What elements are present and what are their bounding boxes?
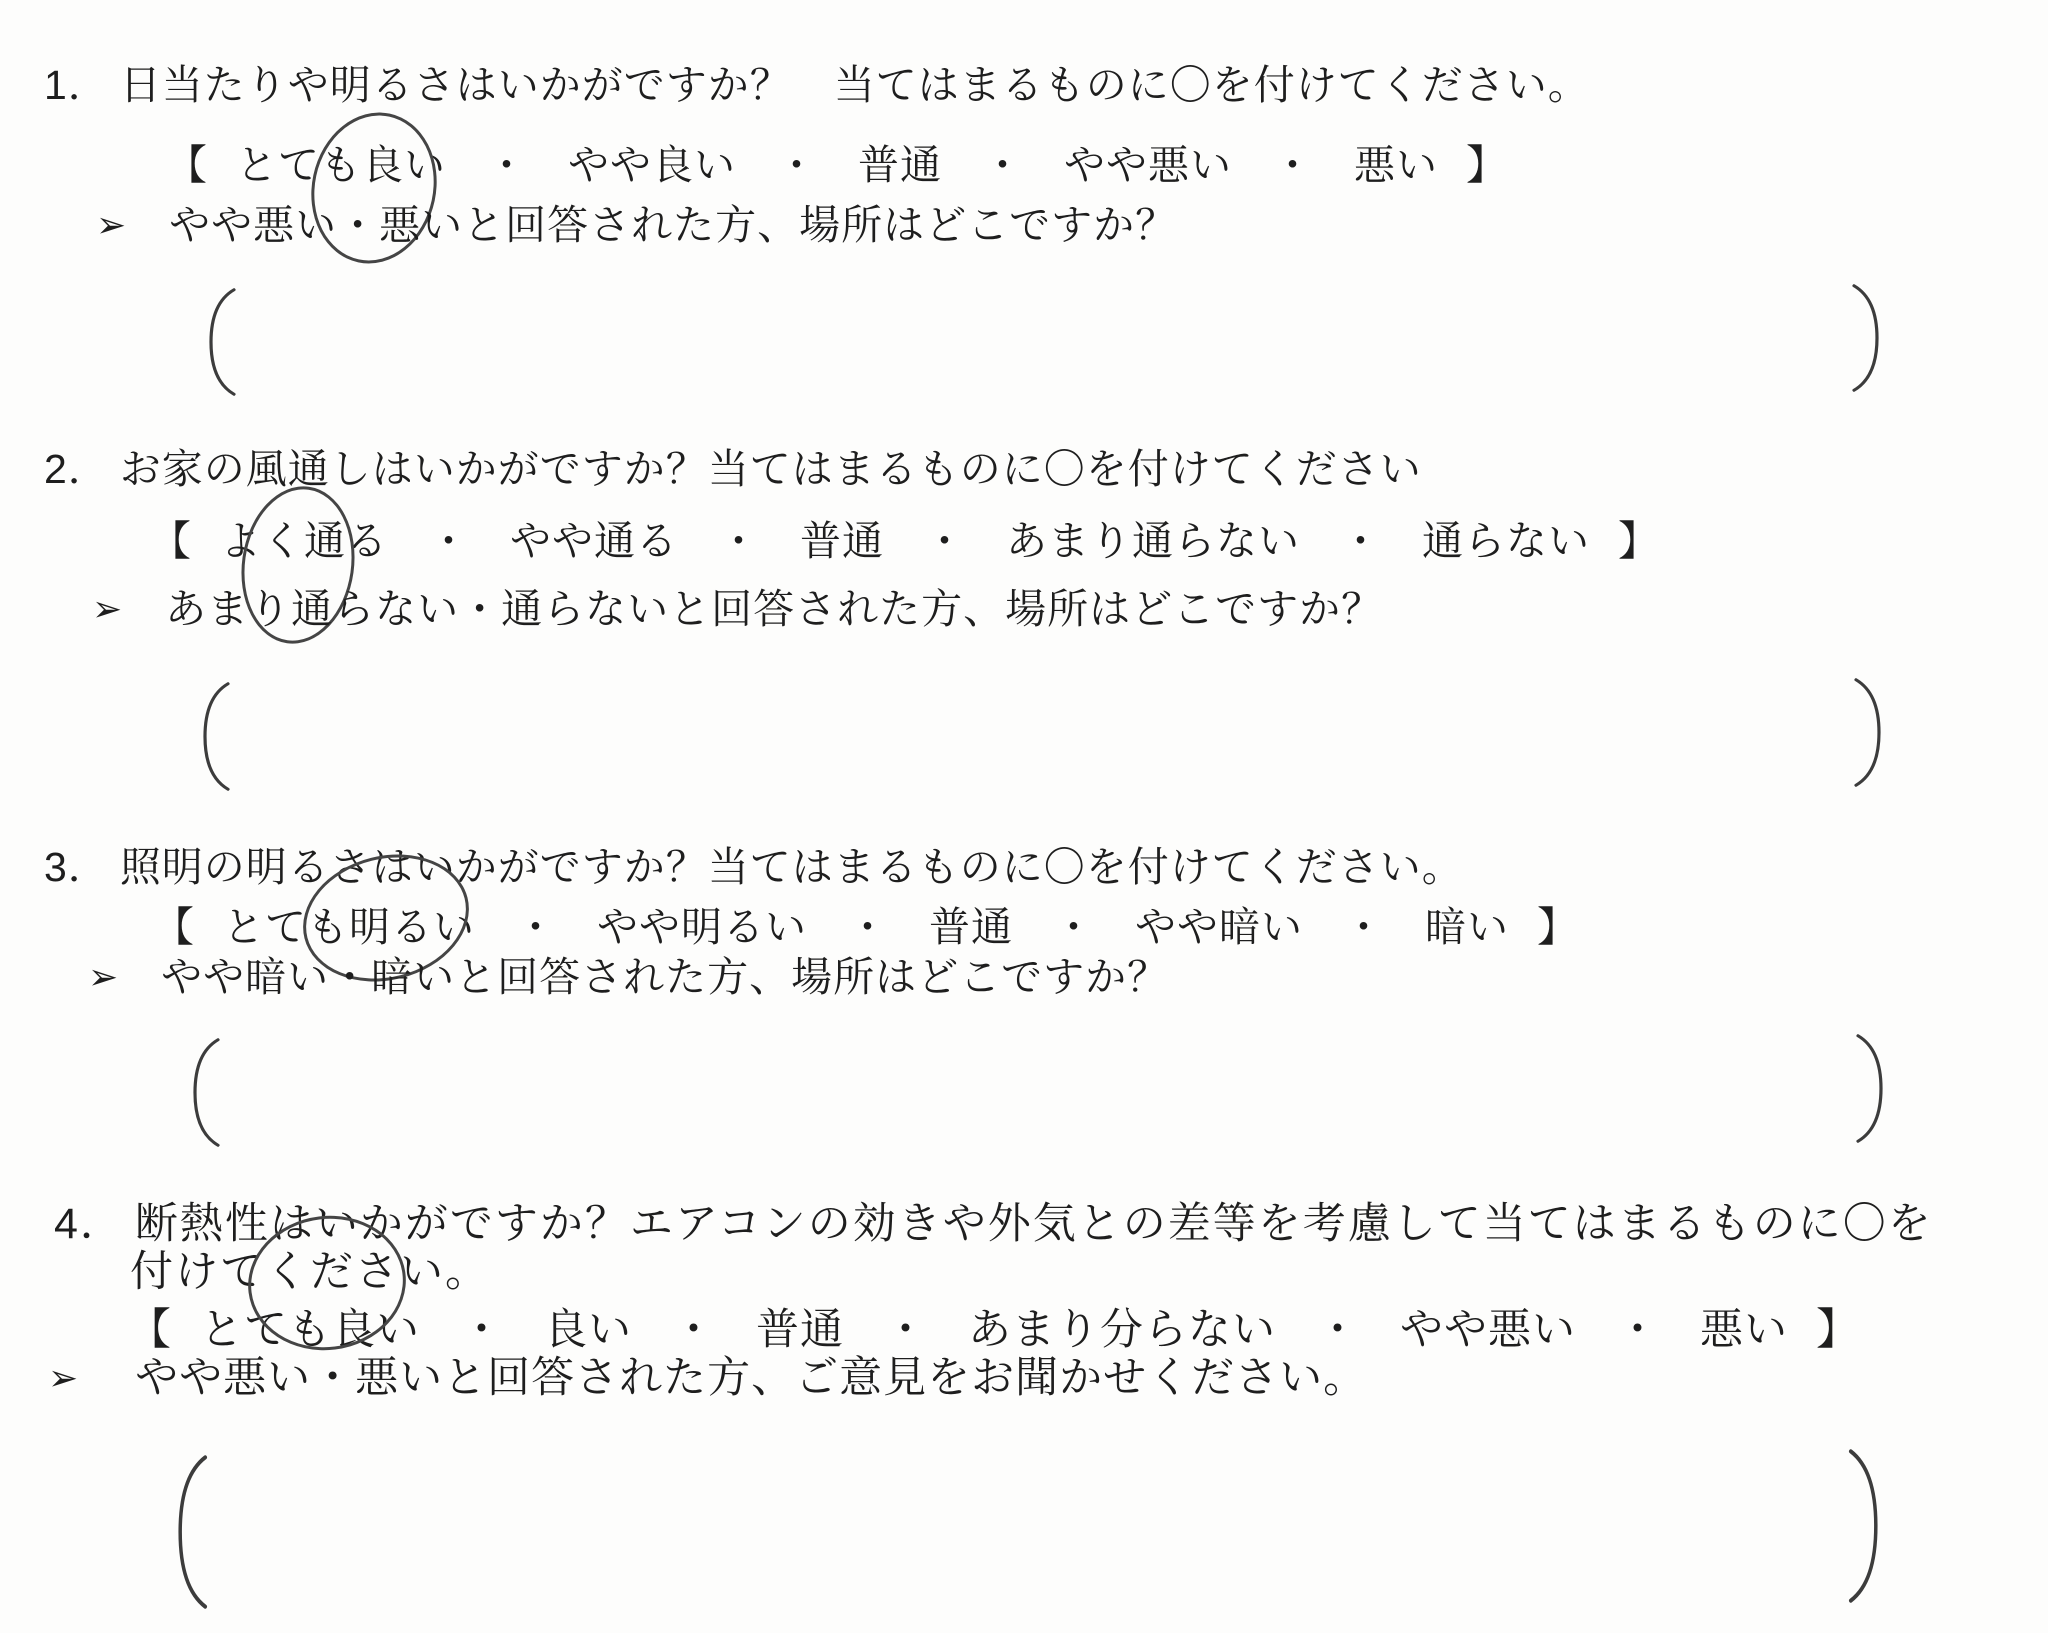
question-1-option-warui: 悪い [1354,142,1438,188]
question-4-text-line2: 付けてください。 [130,1248,490,1296]
option-separator: ・ [924,508,966,567]
right-paren-icon [1842,1446,1890,1606]
option-separator: ・ [1343,894,1385,953]
question-2-number: 2． [44,436,110,495]
options-close-bracket: 】 [1618,508,1660,567]
question-1-option-yaya-warui: やや悪い [1064,142,1232,188]
options-open-bracket: 【 [150,508,192,567]
left-paren-icon [198,286,242,398]
option-separator: ・ [1616,1296,1660,1357]
question-1-option-yaya-yoi: やや良い [568,142,736,188]
arrowhead-bullet-icon: ➢ [48,1357,79,1399]
question-3-title: 3．照明の明るさはいかがですか？当てはまるものに〇を付けてください。 [44,834,1464,893]
left-paren-icon [192,680,236,793]
question-4-followup-text: やや悪い・悪いと回答された方、ご意見をお聞かせください。 [135,1354,1367,1402]
arrowhead-bullet-icon: ➢ [92,588,123,630]
question-3-text: 照明の明るさはいかがですか？当てはまるものに〇を付けてください。 [120,844,1464,890]
options-close-bracket: 】 [1537,894,1579,953]
question-2-followup-text: あまり通らない・通らないと回答された方、場所はどこですか？ [165,586,1383,632]
question-2-option-yaya-tooru: やや通る [510,518,678,564]
question-1-followup-text: やや悪い・悪いと回答された方、場所はどこですか？ [169,202,1177,248]
question-3-number: 3． [44,834,110,893]
question-1-answer-area [240,288,1840,400]
question-2-options-line: 【よく通る・やや通る・普通・あまり通らない・通らない】 [150,508,1660,567]
option-separator: ・ [1272,132,1314,191]
question-4-number: 4． [54,1190,125,1251]
options-close-bracket: 】 [1816,1296,1860,1357]
question-2-followup: ➢あまり通らない・通らないと回答された方、場所はどこですか？ [92,576,1383,635]
options-close-bracket: 】 [1466,132,1508,191]
right-paren-icon [1846,282,1890,394]
question-4-option-warui: 悪い [1700,1306,1788,1354]
option-separator: ・ [486,132,528,191]
option-separator: ・ [776,132,818,191]
option-separator: ・ [428,508,470,567]
option-separator: ・ [1340,508,1382,567]
left-paren-icon [166,1452,214,1612]
question-3-answer-area [224,1038,1844,1151]
question-1-options-line: 【とても良い・やや良い・普通・やや悪い・悪い】 [166,132,1508,191]
question-2-option-tooranai: 通らない [1422,518,1590,564]
question-3-option-kurai: 暗い [1425,904,1509,950]
arrowhead-bullet-icon: ➢ [88,956,119,998]
option-separator: ・ [982,132,1024,191]
question-2-option-amari-tooranai: あまり通らない [1006,518,1300,564]
arrowhead-bullet-icon: ➢ [96,204,127,246]
question-3-followup: ➢やや暗い・暗いと回答された方、場所はどこですか？ [88,944,1169,1003]
option-separator: ・ [718,508,760,567]
question-3-followup-text: やや暗い・暗いと回答された方、場所はどこですか？ [161,954,1169,1000]
scanned-questionnaire-page: 1．日当たりや明るさはいかがですか？ 当てはまるものに〇を付けてください。 【と… [0,0,2048,1633]
question-4-answer-area [212,1452,1836,1612]
right-paren-icon [1850,1032,1894,1145]
question-2-text: お家の風通しはいかがですか？当てはまるものに〇を付けてください [120,446,1422,492]
question-1-option-futsuu: 普通 [858,142,942,188]
question-1-text: 日当たりや明るさはいかがですか？ 当てはまるものに〇を付けてください。 [120,62,1590,108]
options-open-bracket: 【 [166,132,208,191]
right-paren-icon [1848,676,1892,789]
question-1-title: 1．日当たりや明るさはいかがですか？ 当てはまるものに〇を付けてください。 [44,52,1590,111]
question-1-followup: ➢やや悪い・悪いと回答された方、場所はどこですか？ [96,192,1177,251]
question-1-option-totemo-yoi: とても良い [236,142,446,188]
question-2-title: 2．お家の風通しはいかがですか？当てはまるものに〇を付けてください [44,436,1422,495]
question-2-option-yoku-tooru: よく通る [220,518,388,564]
left-paren-icon [182,1036,226,1149]
question-1-number: 1． [44,52,110,111]
question-2-option-futsuu: 普通 [800,518,884,564]
question-4-title-line2: 付けてください。 [130,1238,490,1299]
question-4-followup: ➢やや悪い・悪いと回答された方、ご意見をお聞かせください。 [48,1344,1367,1405]
question-2-answer-area [232,682,1840,795]
question-4-option-yaya-warui: やや悪い [1400,1306,1576,1354]
